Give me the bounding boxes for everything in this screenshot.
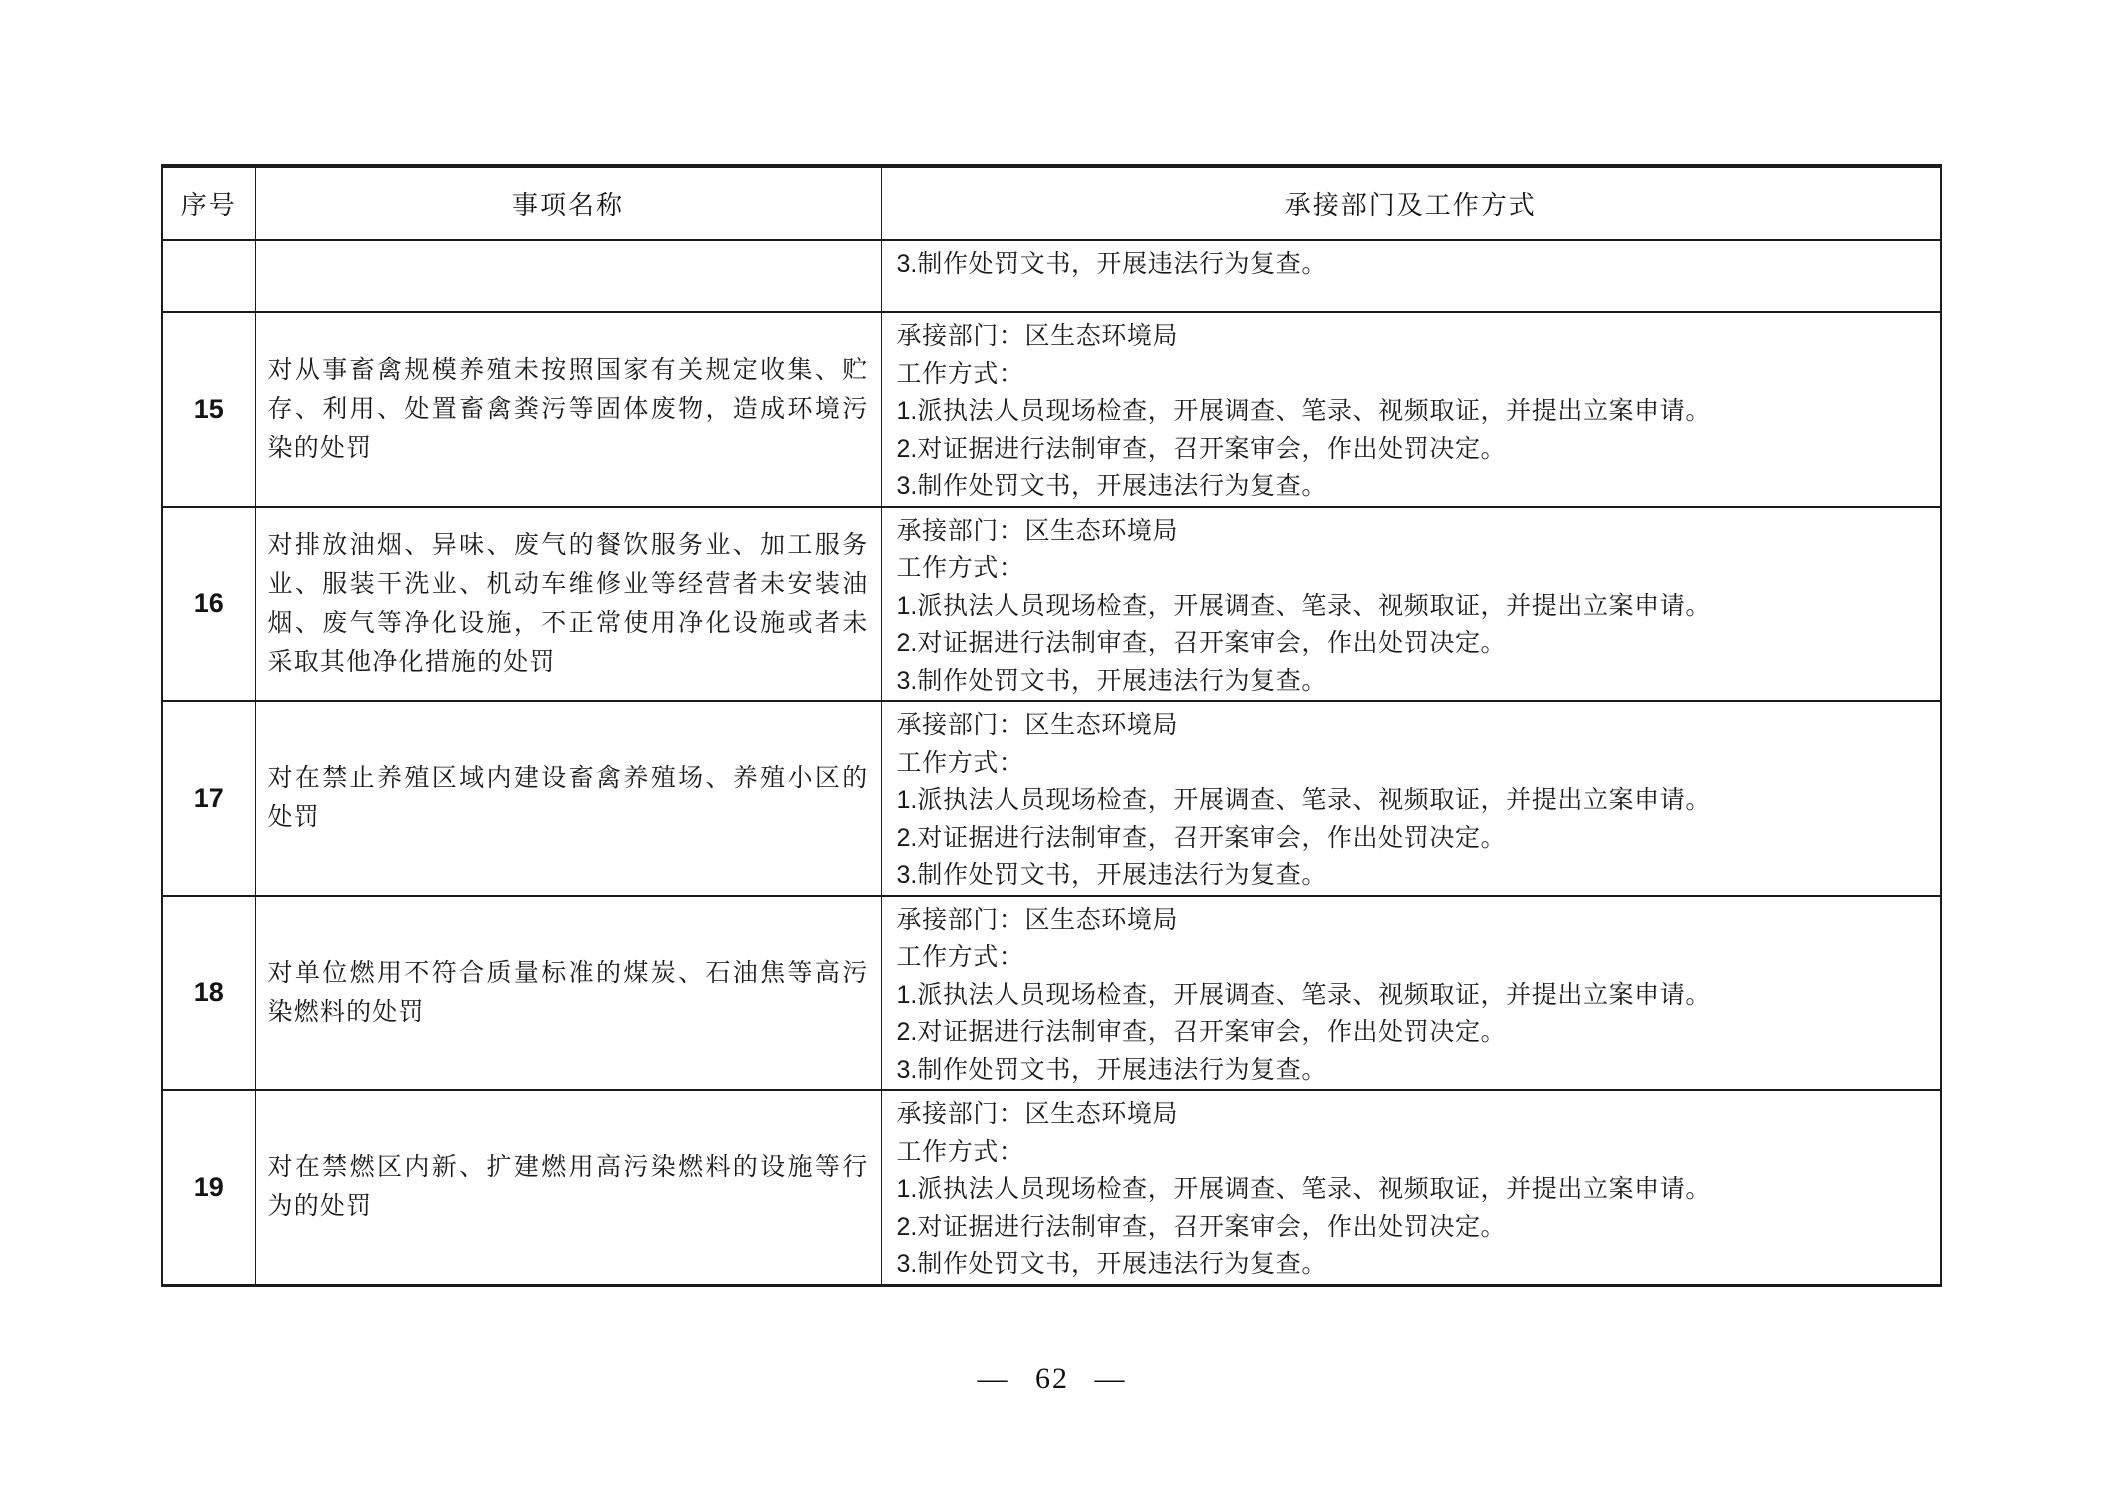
step-text: 对证据进行法制审查，召开案审会，作出处罚决定。 (917, 825, 1506, 852)
col-header-method: 承接部门及工作方式 (881, 166, 1941, 240)
dept-line: 承接部门：区生态环境局 (897, 513, 1927, 551)
step-line: 2.对证据进行法制审查，召开案审会，作出处罚决定。 (897, 1014, 1927, 1052)
row-method-cell: 3.制作处罚文书，开展违法行为复查。 (881, 240, 1941, 312)
page-number: — 62 — (978, 1362, 1127, 1395)
step-text: 派执法人员现场检查，开展调查、笔录、视频取证，并提出立案申请。 (917, 982, 1711, 1009)
dept-line: 承接部门：区生态环境局 (897, 318, 1927, 356)
row-seq-cell: 17 (162, 701, 255, 896)
step-line: 2.对证据进行法制审查，召开案审会，作出处罚决定。 (897, 431, 1927, 469)
step-number: 3. (897, 1250, 918, 1278)
step-text: 制作处罚文书，开展违法行为复查。 (917, 862, 1327, 889)
table-row: 18 对单位燃用不符合质量标准的煤炭、石油焦等高污染燃料的处罚 承接部门：区生态… (162, 896, 1941, 1091)
step-line: 3.制作处罚文书，开展违法行为复查。 (897, 246, 1927, 284)
step-line: 3.制作处罚文书，开展违法行为复查。 (897, 1246, 1927, 1284)
items-table: 序号 事项名称 承接部门及工作方式 3.制作处罚文书，开展违法行为复查。 15 … (161, 164, 1942, 1287)
row-seq-cell: 19 (162, 1090, 255, 1285)
step-number: 2. (897, 824, 918, 852)
row-name-cell: 对从事畜禽规模养殖未按照国家有关规定收集、贮存、利用、处置畜禽粪污等固体废物，造… (255, 312, 881, 507)
row-seq-cell: 18 (162, 896, 255, 1091)
step-number: 1. (897, 786, 918, 814)
step-text: 派执法人员现场检查，开展调查、笔录、视频取证，并提出立案申请。 (917, 1176, 1711, 1203)
step-text: 对证据进行法制审查，召开案审会，作出处罚决定。 (917, 436, 1506, 463)
step-number: 3. (897, 667, 918, 695)
row-name-cell: 对在禁止养殖区域内建设畜禽养殖场、养殖小区的处罚 (255, 701, 881, 896)
row-name-cell: 对单位燃用不符合质量标准的煤炭、石油焦等高污染燃料的处罚 (255, 896, 881, 1091)
step-line: 1.派执法人员现场检查，开展调查、笔录、视频取证，并提出立案申请。 (897, 393, 1927, 431)
step-text: 对证据进行法制审查，召开案审会，作出处罚决定。 (917, 1214, 1506, 1241)
step-number: 3. (897, 472, 918, 500)
table-row: 3.制作处罚文书，开展违法行为复查。 (162, 240, 1941, 312)
col-header-name: 事项名称 (255, 166, 881, 240)
table-body: 3.制作处罚文书，开展违法行为复查。 15 对从事畜禽规模养殖未按照国家有关规定… (162, 240, 1941, 1285)
step-line: 3.制作处罚文书，开展违法行为复查。 (897, 857, 1927, 895)
step-number: 1. (897, 397, 918, 425)
step-text: 对证据进行法制审查，召开案审会，作出处罚决定。 (917, 1019, 1506, 1046)
step-line: 1.派执法人员现场检查，开展调查、笔录、视频取证，并提出立案申请。 (897, 782, 1927, 820)
row-method-cell: 承接部门：区生态环境局工作方式：1.派执法人员现场检查，开展调查、笔录、视频取证… (881, 312, 1941, 507)
step-text: 派执法人员现场检查，开展调查、笔录、视频取证，并提出立案申请。 (917, 787, 1711, 814)
step-line: 1.派执法人员现场检查，开展调查、笔录、视频取证，并提出立案申请。 (897, 1171, 1927, 1209)
step-number: 2. (897, 629, 918, 657)
row-method-cell: 承接部门：区生态环境局工作方式：1.派执法人员现场检查，开展调查、笔录、视频取证… (881, 1090, 1941, 1285)
step-text: 制作处罚文书，开展违法行为复查。 (917, 1251, 1327, 1278)
step-line: 1.派执法人员现场检查，开展调查、笔录、视频取证，并提出立案申请。 (897, 588, 1927, 626)
step-line: 3.制作处罚文书，开展违法行为复查。 (897, 468, 1927, 506)
table-row: 16 对排放油烟、异味、废气的餐饮服务业、加工服务业、服装干洗业、机动车维修业等… (162, 507, 1941, 702)
step-text: 派执法人员现场检查，开展调查、笔录、视频取证，并提出立案申请。 (917, 593, 1711, 620)
table-row: 17 对在禁止养殖区域内建设畜禽养殖场、养殖小区的处罚 承接部门：区生态环境局工… (162, 701, 1941, 896)
method-label: 工作方式： (897, 939, 1927, 977)
page-footer: — 62 — (0, 1362, 2104, 1396)
step-number: 3. (897, 861, 918, 889)
step-text: 对证据进行法制审查，召开案审会，作出处罚决定。 (917, 630, 1506, 657)
row-name-cell: 对排放油烟、异味、废气的餐饮服务业、加工服务业、服装干洗业、机动车维修业等经营者… (255, 507, 881, 702)
method-label: 工作方式： (897, 356, 1927, 394)
step-line: 3.制作处罚文书，开展违法行为复查。 (897, 1052, 1927, 1090)
step-text: 制作处罚文书，开展违法行为复查。 (917, 668, 1327, 695)
row-seq-cell (162, 240, 255, 312)
method-label: 工作方式： (897, 1134, 1927, 1172)
row-seq-cell: 15 (162, 312, 255, 507)
row-method-cell: 承接部门：区生态环境局工作方式：1.派执法人员现场检查，开展调查、笔录、视频取证… (881, 896, 1941, 1091)
step-number: 1. (897, 981, 918, 1009)
step-line: 1.派执法人员现场检查，开展调查、笔录、视频取证，并提出立案申请。 (897, 977, 1927, 1015)
step-number: 1. (897, 1175, 918, 1203)
step-text: 制作处罚文书，开展违法行为复查。 (917, 473, 1327, 500)
step-number: 3. (897, 1056, 918, 1084)
step-number: 1. (897, 592, 918, 620)
row-name-cell: 对在禁燃区内新、扩建燃用高污染燃料的设施等行为的处罚 (255, 1090, 881, 1285)
step-text: 派执法人员现场检查，开展调查、笔录、视频取证，并提出立案申请。 (917, 398, 1711, 425)
dept-line: 承接部门：区生态环境局 (897, 1096, 1927, 1134)
step-text: 制作处罚文书，开展违法行为复查。 (917, 251, 1327, 278)
method-label: 工作方式： (897, 550, 1927, 588)
dept-line: 承接部门：区生态环境局 (897, 707, 1927, 745)
table-row: 15 对从事畜禽规模养殖未按照国家有关规定收集、贮存、利用、处置畜禽粪污等固体废… (162, 312, 1941, 507)
row-seq-cell: 16 (162, 507, 255, 702)
step-number: 2. (897, 435, 918, 463)
step-number: 3. (897, 250, 918, 278)
method-label: 工作方式： (897, 745, 1927, 783)
step-number: 2. (897, 1213, 918, 1241)
table-header-row: 序号 事项名称 承接部门及工作方式 (162, 166, 1941, 240)
col-header-seq: 序号 (162, 166, 255, 240)
step-text: 制作处罚文书，开展违法行为复查。 (917, 1057, 1327, 1084)
step-line: 3.制作处罚文书，开展违法行为复查。 (897, 663, 1927, 701)
table-row: 19 对在禁燃区内新、扩建燃用高污染燃料的设施等行为的处罚 承接部门：区生态环境… (162, 1090, 1941, 1285)
step-line: 2.对证据进行法制审查，召开案审会，作出处罚决定。 (897, 1209, 1927, 1247)
step-line: 2.对证据进行法制审查，召开案审会，作出处罚决定。 (897, 820, 1927, 858)
dept-line: 承接部门：区生态环境局 (897, 902, 1927, 940)
row-name-cell (255, 240, 881, 312)
document-page: 序号 事项名称 承接部门及工作方式 3.制作处罚文书，开展违法行为复查。 15 … (0, 0, 2104, 1488)
step-line: 2.对证据进行法制审查，召开案审会，作出处罚决定。 (897, 625, 1927, 663)
row-method-cell: 承接部门：区生态环境局工作方式：1.派执法人员现场检查，开展调查、笔录、视频取证… (881, 701, 1941, 896)
row-method-cell: 承接部门：区生态环境局工作方式：1.派执法人员现场检查，开展调查、笔录、视频取证… (881, 507, 1941, 702)
step-number: 2. (897, 1018, 918, 1046)
